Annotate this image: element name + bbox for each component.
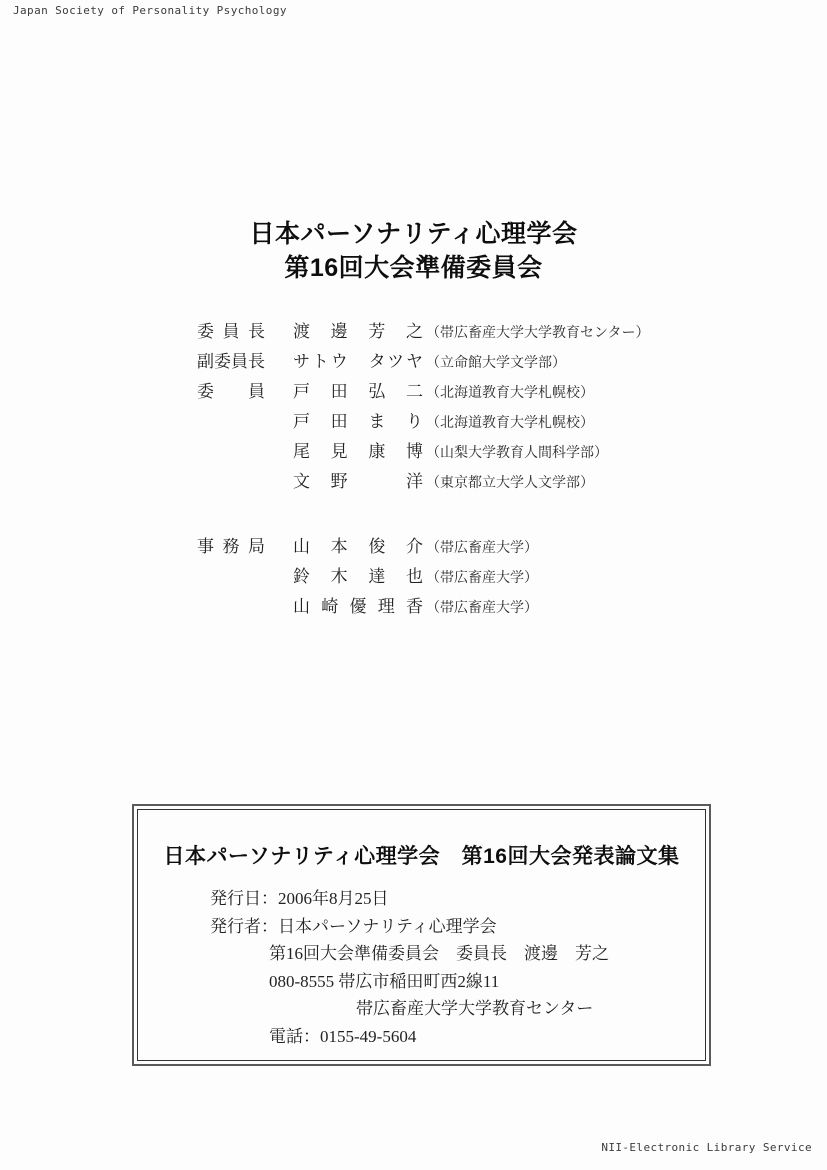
member-name: 山崎優理香 (293, 592, 423, 622)
member-affiliation: （北海道教育大学札幌校） (426, 416, 594, 431)
committee-member-list: 委員長渡邊芳之（帯広畜産大学大学教育センター） 副委員長サトウ タツヤ（立命館大… (197, 317, 649, 622)
committee-row: 事務局山本俊介（帯広畜産大学） (197, 532, 649, 562)
member-name: 戸田まり (293, 407, 423, 437)
committee-row: 副委員長サトウ タツヤ（立命館大学文学部） (197, 347, 649, 377)
colophon-inner-border: 日本パーソナリティ心理学会 第16回大会発表論文集 発行日：2006年8月25日… (137, 809, 706, 1061)
member-name: 渡邊芳之 (293, 317, 423, 347)
document-title-line1: 日本パーソナリティ心理学会 (0, 217, 827, 251)
role-label: 副委員長 (197, 347, 265, 377)
member-affiliation: （帯広畜産大学） (426, 601, 538, 616)
member-affiliation: （帯広畜産大学） (426, 571, 538, 586)
role-label: 委員長 (197, 317, 265, 347)
committee-row: 鈴木達也（帯広畜産大学） (197, 562, 649, 592)
committee-row: 文野 洋（東京都立大学人文学部） (197, 467, 649, 497)
publisher-address-line2: 帯広畜産大学大学教育センター (138, 995, 705, 1023)
colophon-box: 日本パーソナリティ心理学会 第16回大会発表論文集 発行日：2006年8月25日… (132, 804, 711, 1066)
member-affiliation: （帯広畜産大学） (426, 541, 538, 556)
library-service-label: NII-Electronic Library Service (601, 1141, 812, 1154)
member-name: 戸田弘二 (293, 377, 423, 407)
member-affiliation: （山梨大学教育人間科学部） (426, 446, 608, 461)
scan-source-label: Japan Society of Personality Psychology (13, 4, 287, 17)
committee-row: 戸田まり（北海道教育大学札幌校） (197, 407, 649, 437)
publisher-address-line1: 080-8555 帯広市稲田町西2線11 (138, 968, 705, 996)
publication-date: 発行日：2006年8月25日 (138, 885, 705, 913)
role-label: 委員 (197, 377, 265, 407)
document-title-line2: 第16回大会準備委員会 (0, 251, 827, 285)
scanned-document-page: { "scan": { "header_left": "Japan Societ… (0, 0, 827, 1170)
proceedings-title: 日本パーソナリティ心理学会 第16回大会発表論文集 (138, 840, 705, 870)
publisher-committee: 第16回大会準備委員会 委員長 渡邊 芳之 (138, 940, 705, 968)
publisher-phone: 電話：0155-49-5604 (138, 1023, 705, 1051)
committee-row: 委員戸田弘二（北海道教育大学札幌校） (197, 377, 649, 407)
publisher: 発行者：日本パーソナリティ心理学会 (138, 913, 705, 941)
role-label: 事務局 (197, 532, 265, 562)
member-name: 尾見康博 (293, 437, 423, 467)
colophon-details: 発行日：2006年8月25日 発行者：日本パーソナリティ心理学会 第16回大会準… (138, 885, 705, 1050)
member-affiliation: （東京都立大学人文学部） (426, 476, 594, 491)
member-name: サトウ タツヤ (293, 347, 423, 377)
member-affiliation: （帯広畜産大学大学教育センター） (426, 326, 649, 341)
document-title: 日本パーソナリティ心理学会 第16回大会準備委員会 (0, 217, 827, 285)
member-name: 文野 洋 (293, 467, 423, 497)
member-affiliation: （立命館大学文学部） (426, 356, 566, 371)
member-affiliation: （北海道教育大学札幌校） (426, 386, 594, 401)
member-name: 山本俊介 (293, 532, 423, 562)
committee-row: 山崎優理香（帯広畜産大学） (197, 592, 649, 622)
committee-row: 尾見康博（山梨大学教育人間科学部） (197, 437, 649, 467)
member-name: 鈴木達也 (293, 562, 423, 592)
committee-row: 委員長渡邊芳之（帯広畜産大学大学教育センター） (197, 317, 649, 347)
